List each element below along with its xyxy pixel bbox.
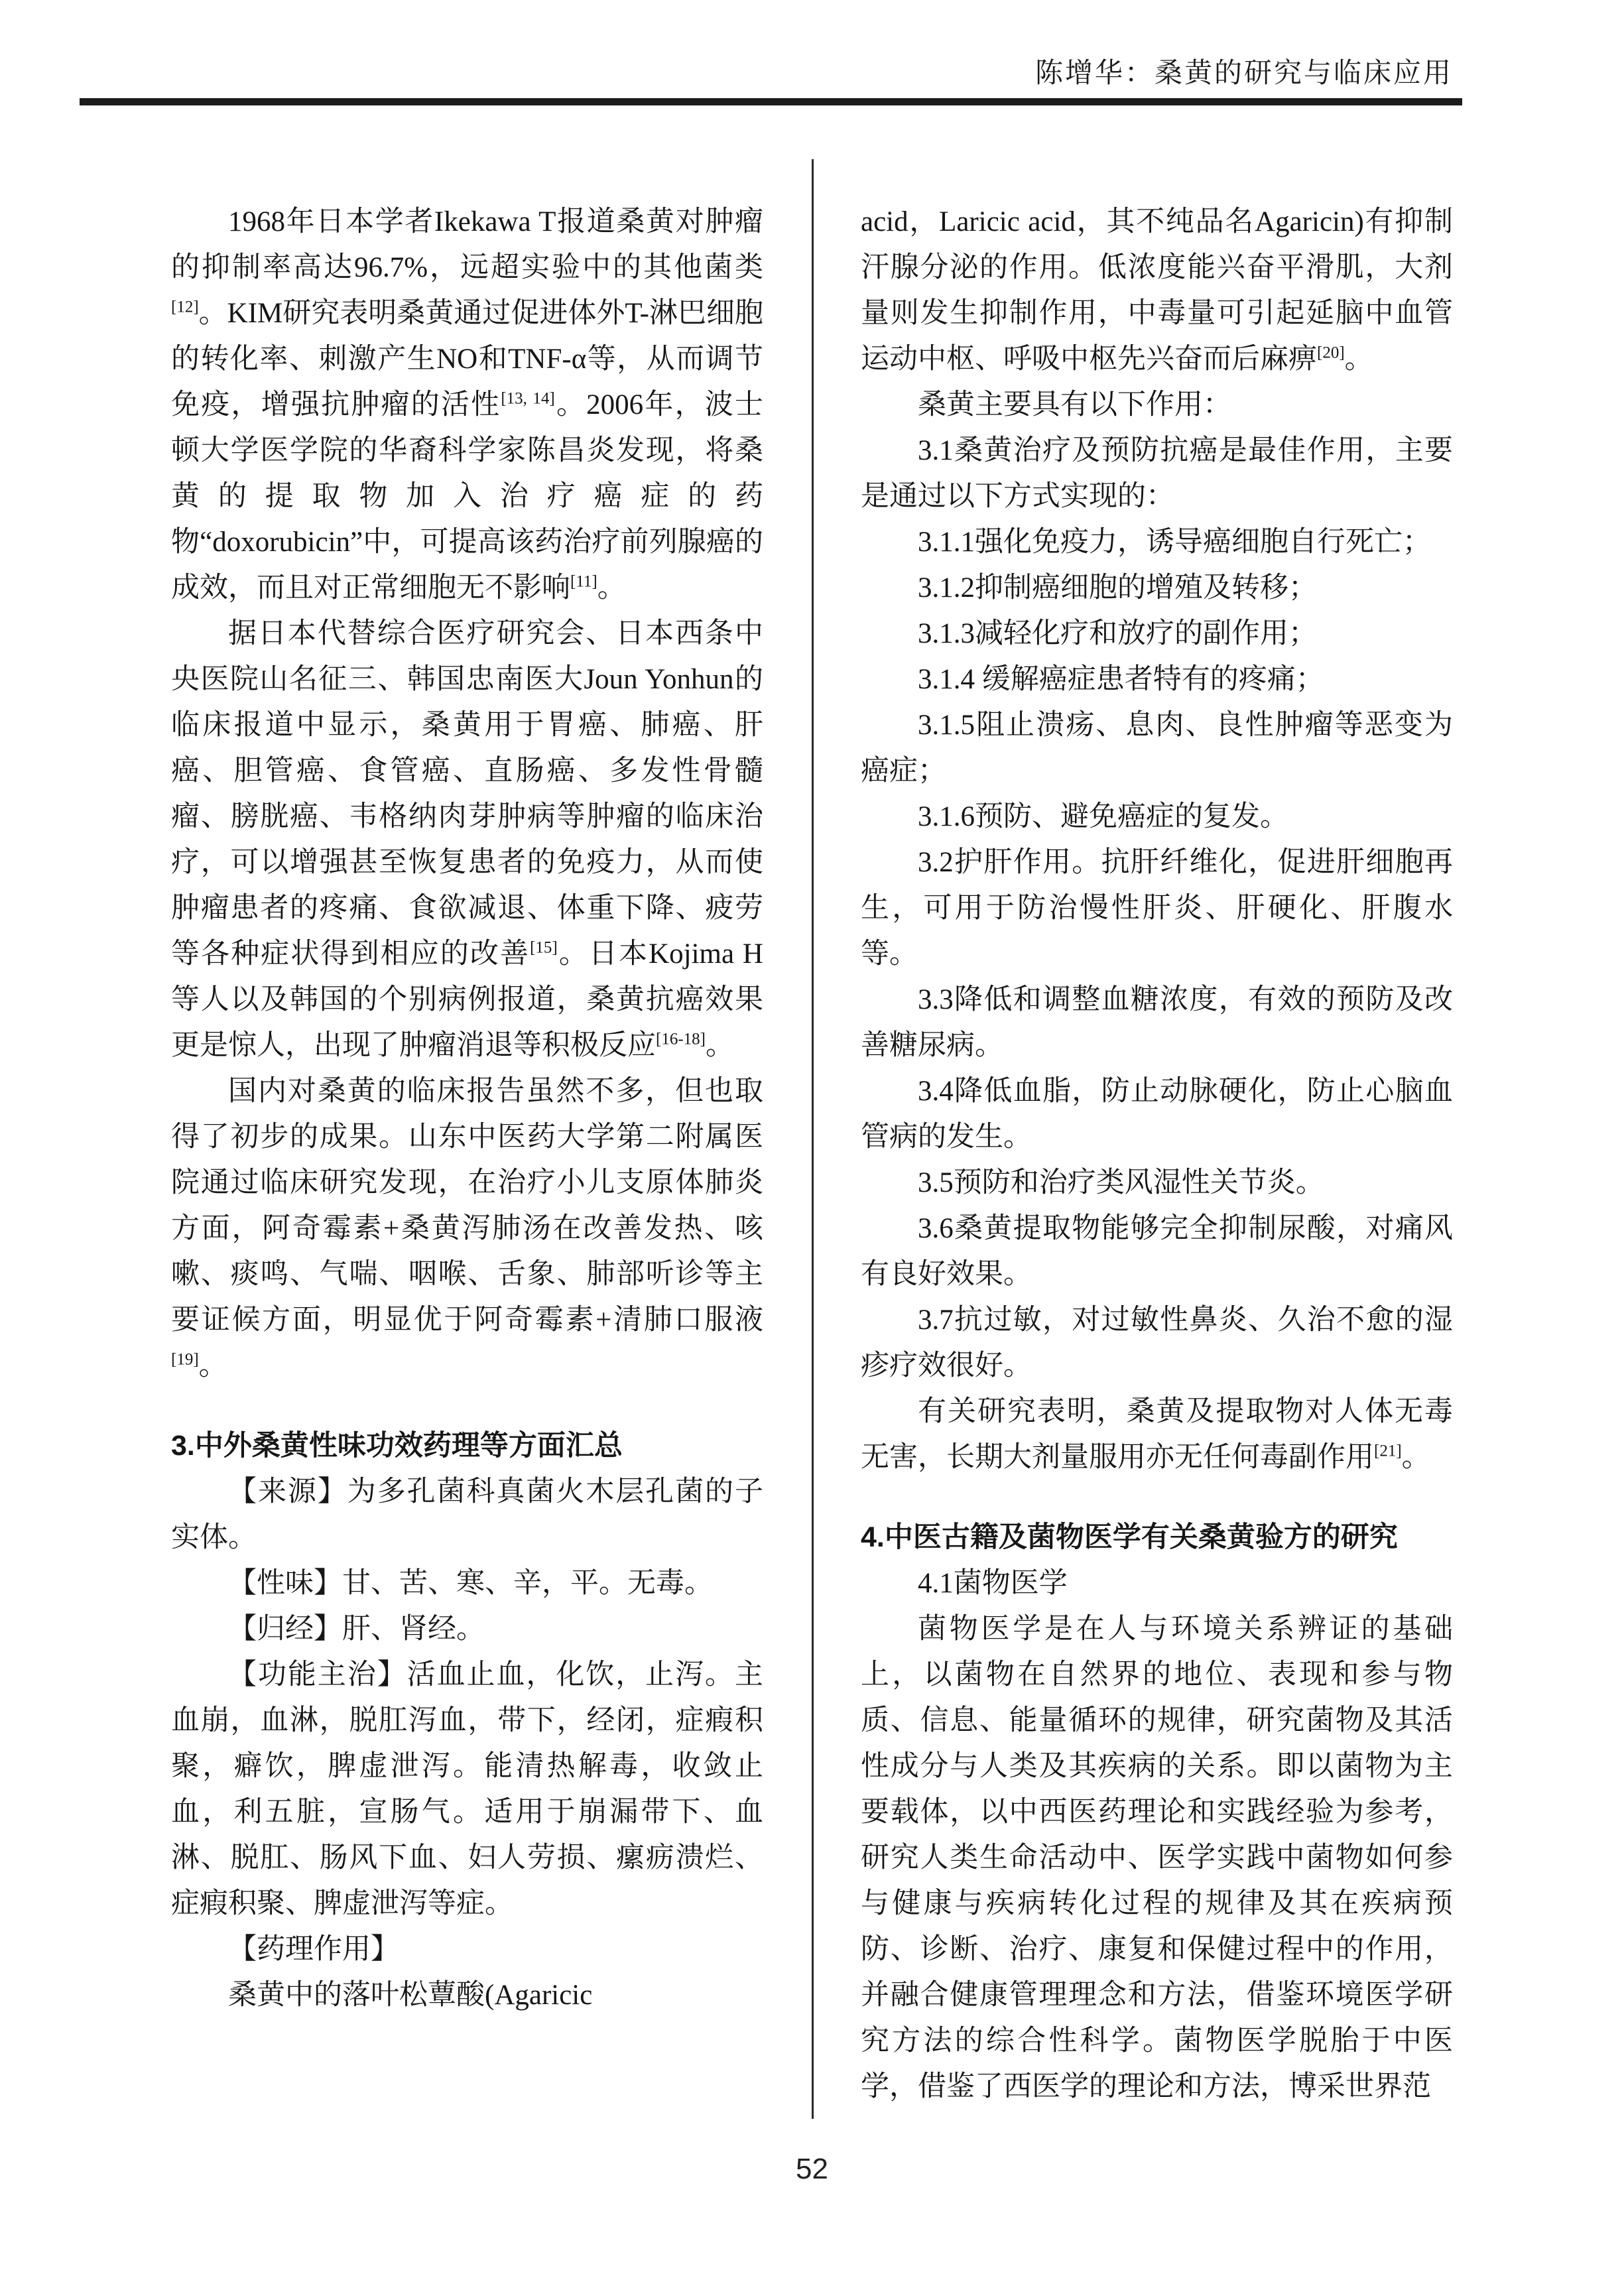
paragraph: 菌物医学是在人与环境关系辨证的基础上，以菌物在自然界的地位、表现和参与物质、信息… — [861, 1606, 1453, 2110]
paragraph: 国内对桑黄的临床报告虽然不多，但也取得了初步的成果。山东中医药大学第二附属医院通… — [171, 1068, 763, 1389]
paragraph: 有关研究表明，桑黄及提取物对人体无毒无害，长期大剂量服用亦无任何毒副作用[21]… — [861, 1389, 1453, 1480]
paragraph: 【功能主治】活血止血，化饮，止泻。主血崩，血淋，脱肛泻血，带下，经闭，症瘕积聚，… — [171, 1652, 763, 1927]
paragraph: 3.6桑黄提取物能够完全抑制尿酸，对痛风有良好效果。 — [861, 1206, 1453, 1297]
citation-ref: [19] — [171, 1351, 199, 1369]
page-number: 52 — [0, 2153, 1624, 2186]
paragraph: 4.1菌物医学 — [861, 1560, 1453, 1606]
paragraph: 3.4降低血脂，防止动脉硬化，防止心脑血管病的发生。 — [861, 1068, 1453, 1160]
paragraph: 3.1.2抑制癌细胞的增殖及转移； — [861, 565, 1453, 611]
paragraph: 【来源】为多孔菌科真菌火木层孔菌的子实体。 — [171, 1469, 763, 1560]
citation-ref: [13, 14] — [501, 390, 554, 408]
document-page: 陈增华：桑黄的研究与临床应用 1968年日本学者Ikekawa T报道桑黄对肿瘤… — [0, 0, 1624, 2278]
citation-ref: [11] — [570, 573, 597, 591]
right-column: acid，Laricic acid，其不纯品名Agaricin)有抑制汗腺分泌的… — [861, 199, 1453, 2110]
paragraph: 3.1.3减轻化疗和放疗的副作用； — [861, 611, 1453, 657]
paragraph: 3.1.5阻止溃疡、息肉、良性肿瘤等恶变为癌症； — [861, 702, 1453, 794]
section-heading: 3.中外桑黄性味功效药理等方面汇总 — [171, 1423, 763, 1469]
paragraph: 3.2护肝作用。抗肝纤维化，促进肝细胞再生，可用于防治慢性肝炎、肝硬化、肝腹水等… — [861, 840, 1453, 977]
header-rule — [80, 98, 1462, 105]
paragraph: 1968年日本学者Ikekawa T报道桑黄对肿瘤的抑制率高达96.7%，远超实… — [171, 199, 763, 611]
paragraph: acid，Laricic acid，其不纯品名Agaricin)有抑制汗腺分泌的… — [861, 199, 1453, 382]
paragraph: 【性味】甘、苦、寒、辛，平。无毒。 — [171, 1560, 763, 1606]
citation-ref: [21] — [1374, 1442, 1402, 1460]
citation-ref: [16-18] — [656, 1031, 706, 1048]
paragraph: 3.5预防和治疗类风湿性关节炎。 — [861, 1160, 1453, 1206]
running-title: 陈增华：桑黄的研究与临床应用 — [1035, 58, 1453, 89]
column-divider — [812, 159, 814, 2119]
left-column: 1968年日本学者Ikekawa T报道桑黄对肿瘤的抑制率高达96.7%，远超实… — [171, 199, 763, 2018]
paragraph: 3.7抗过敏，对过敏性鼻炎、久治不愈的湿疹疗效很好。 — [861, 1297, 1453, 1389]
paragraph: 3.3降低和调整血糖浓度，有效的预防及改善糖尿病。 — [861, 977, 1453, 1068]
citation-ref: [15] — [530, 939, 558, 957]
paragraph: 3.1桑黄治疗及预防抗癌是最佳作用，主要是通过以下方式实现的： — [861, 428, 1453, 519]
section-heading: 4.中医古籍及菌物医学有关桑黄验方的研究 — [861, 1515, 1453, 1560]
citation-ref: [12] — [171, 298, 199, 316]
paragraph: 3.1.4 缓解癌症患者特有的疼痛； — [861, 657, 1453, 702]
paragraph: 桑黄主要具有以下作用： — [861, 382, 1453, 428]
paragraph: 【归经】肝、肾经。 — [171, 1606, 763, 1652]
citation-ref: [20] — [1317, 344, 1345, 362]
paragraph: 桑黄中的落叶松蕈酸(Agaricic — [171, 1972, 763, 2018]
paragraph: 3.1.1强化免疫力，诱导癌细胞自行死亡； — [861, 519, 1453, 565]
paragraph: 【药理作用】 — [171, 1927, 763, 1972]
paragraph: 据日本代替综合医疗研究会、日本西条中央医院山名征三、韩国忠南医大Joun Yon… — [171, 611, 763, 1068]
paragraph: 3.1.6预防、避免癌症的复发。 — [861, 794, 1453, 840]
running-header: 陈增华：桑黄的研究与临床应用 — [171, 56, 1453, 92]
